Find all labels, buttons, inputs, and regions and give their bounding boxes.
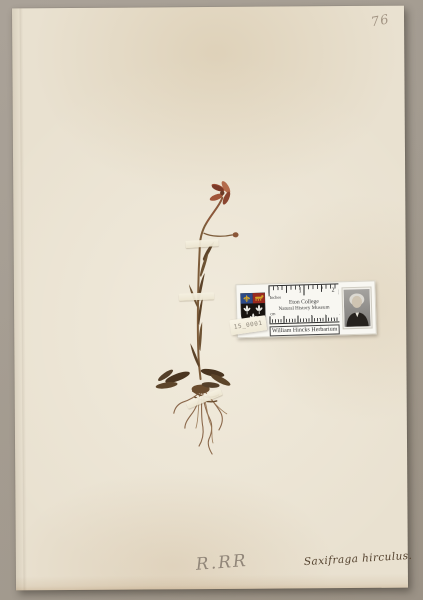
- cm-unit-label: cm: [270, 312, 275, 316]
- inch-ruler: Inches 1 2: [268, 283, 338, 299]
- inch-mark-2: 2: [331, 287, 334, 293]
- inch-mark-1: 1: [298, 288, 301, 294]
- mounting-strip: [179, 292, 214, 300]
- herbarium-sheet: 76: [12, 6, 408, 591]
- museum-name: Natural History Museum: [274, 305, 334, 312]
- cm-ruler: cm: [269, 312, 339, 324]
- photo-backdrop: 76: [0, 0, 423, 600]
- portrait-silhouette: [344, 289, 371, 328]
- rarity-annotation: R.RR: [195, 551, 248, 575]
- herbarium-name-box: William Hincks Herbarium: [270, 324, 340, 336]
- ruler-scale: Inches 1 2 Eton College Natural History …: [268, 283, 339, 336]
- hincks-portrait-photo: [341, 286, 372, 329]
- inch-unit-label: Inches: [270, 295, 281, 300]
